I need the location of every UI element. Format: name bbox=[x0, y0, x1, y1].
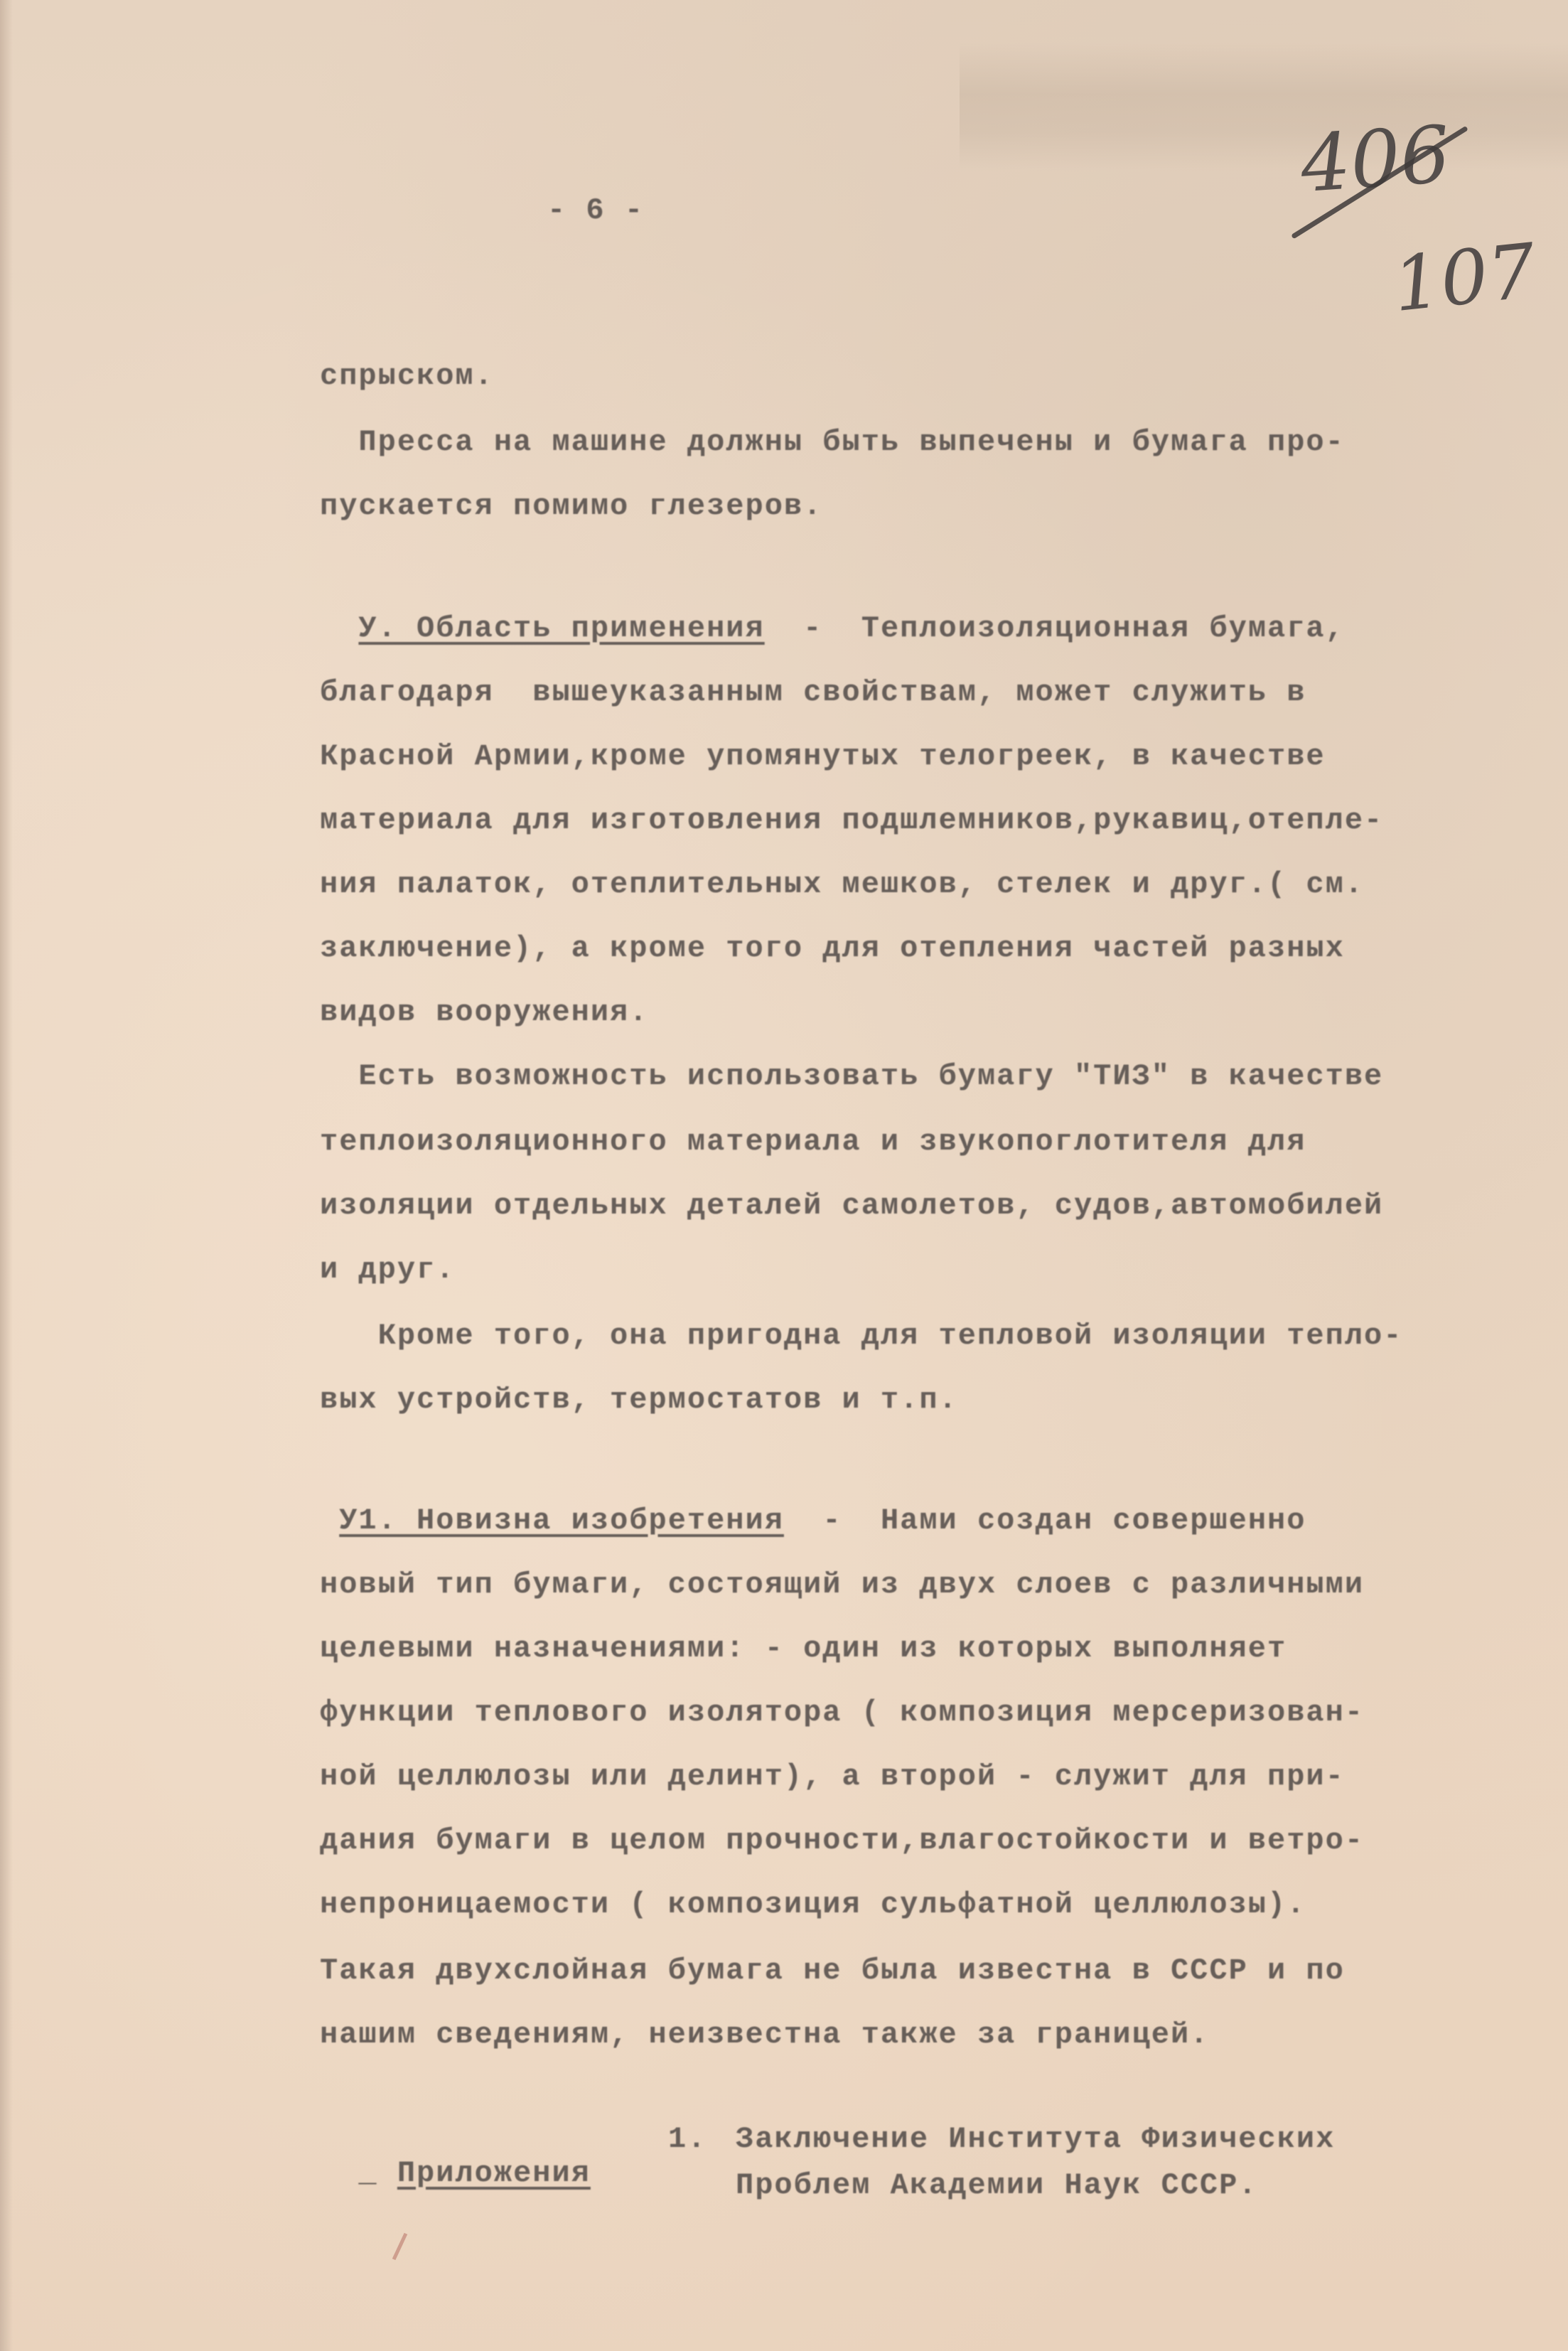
archive-number-crossed-out: 406 bbox=[1298, 109, 1453, 210]
typed-line: ной целлюлозы или делинт), а второй - сл… bbox=[320, 1760, 1345, 1794]
section-text: - Теплоизоляционная бумага, bbox=[765, 611, 1345, 646]
section-text: - Нами создан совершенно bbox=[784, 1504, 1306, 1538]
appendix-item-line-2: Проблем Академии Наук СССР. bbox=[736, 2168, 1258, 2202]
appendix-label: Приложения bbox=[397, 2156, 591, 2190]
typed-line: непроницаемости ( композиция сульфатной … bbox=[320, 1887, 1306, 1922]
typed-line: функции теплового изолятора ( композиция… bbox=[320, 1696, 1364, 1730]
appendix-dash: _ bbox=[358, 2156, 397, 2190]
page-number: - 6 - bbox=[547, 193, 644, 227]
typed-line: У1. Новизна изобретения - Нами создан со… bbox=[320, 1504, 1306, 1538]
typed-line: Есть возможность использовать бумагу "ТИ… bbox=[320, 1059, 1383, 1093]
typed-line: пускается помимо глезеров. bbox=[320, 489, 822, 523]
appendix-item-line-1: Заключение Института Физических bbox=[736, 2122, 1335, 2156]
typed-line: дания бумаги в целом прочности,влагостой… bbox=[320, 1824, 1364, 1858]
fold-shadow bbox=[960, 43, 1568, 171]
typed-line: видов вооружения. bbox=[320, 995, 648, 1029]
typed-line: изоляции отдельных деталей самолетов, су… bbox=[320, 1189, 1383, 1223]
typed-line: заключение), а кроме того для отепления … bbox=[320, 931, 1345, 965]
page-edge-shadow bbox=[0, 0, 13, 2351]
typed-line: ния палаток, отеплительных мешков, стеле… bbox=[320, 867, 1364, 901]
appendix-item-number: 1. bbox=[668, 2122, 707, 2156]
typed-line: Красной Армии,кроме упомянутых телогреек… bbox=[320, 739, 1326, 773]
typed-line: и друг. bbox=[320, 1253, 455, 1287]
section-heading: У1. Новизна изобретения bbox=[339, 1504, 784, 1538]
scanned-page bbox=[0, 0, 1568, 2351]
indent bbox=[320, 611, 358, 646]
section-heading: У. Область применения bbox=[358, 611, 764, 646]
appendix-label-line: _ Приложения bbox=[320, 2122, 591, 2190]
typed-line: вых устройств, термостатов и т.п. bbox=[320, 1383, 958, 1417]
typed-line: У. Область применения - Теплоизоляционна… bbox=[320, 611, 1345, 646]
typed-line: спрыском. bbox=[320, 359, 494, 393]
archive-number-current: 107 bbox=[1389, 227, 1540, 328]
typed-line: материала для изготовления подшлемников,… bbox=[320, 803, 1383, 837]
typed-line: Пресса на машине должны быть выпечены и … bbox=[320, 425, 1345, 459]
typed-line: Кроме того, она пригодна для тепловой из… bbox=[320, 1319, 1402, 1353]
typed-line: благодаря вышеуказанным свойствам, может… bbox=[320, 675, 1306, 709]
typed-line: Такая двухслойная бумага не была известн… bbox=[320, 1954, 1345, 1988]
typed-line: целевыми назначениями: - один из которых… bbox=[320, 1632, 1287, 1666]
typed-line: новый тип бумаги, состоящий из двух слое… bbox=[320, 1568, 1364, 1602]
typed-line: нашим сведениям, неизвестна также за гра… bbox=[320, 2018, 1209, 2052]
indent bbox=[320, 1504, 339, 1538]
typed-line: теплоизоляционного материала и звукопогл… bbox=[320, 1125, 1306, 1159]
